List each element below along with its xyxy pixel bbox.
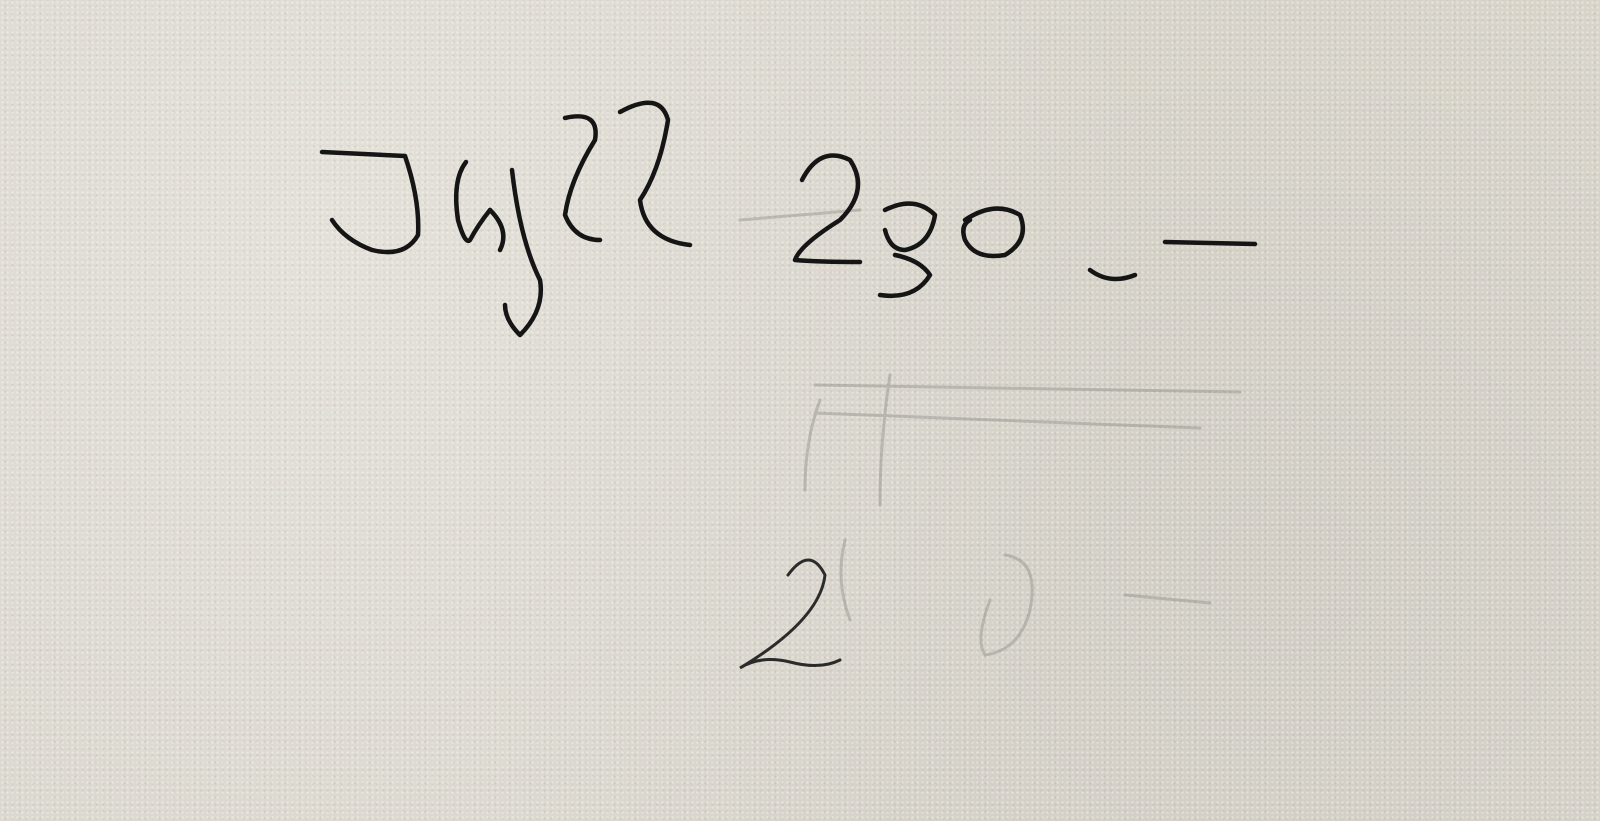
ink-signature-joyll — [322, 103, 690, 335]
ink-price-220 — [795, 156, 1255, 296]
pencil-marks — [740, 210, 1240, 655]
paper-background: Joyll 220.- 240 — [0, 0, 1600, 821]
handwriting-drawing — [0, 0, 1600, 821]
pencil-price-240 — [740, 560, 840, 668]
